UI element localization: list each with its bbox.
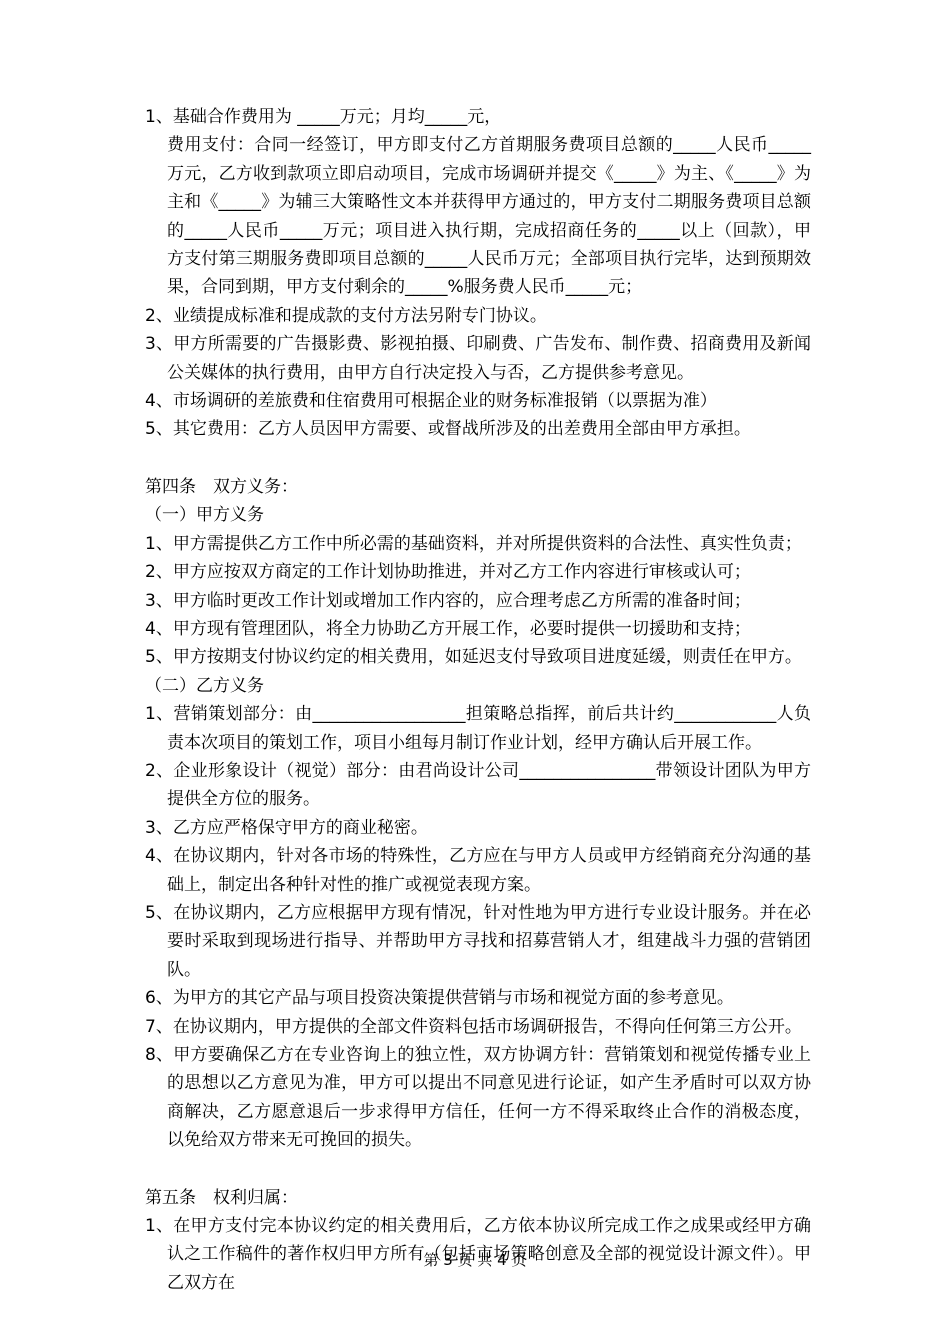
clause4-partyB-item-1: 1、营销策划部分：由__________________担策略总指挥，前后共计约… bbox=[145, 700, 811, 757]
clause4-partyA-item-4: 4、甲方现有管理团队，将全力协助乙方开展工作，必要时提供一切援助和支持； bbox=[145, 615, 811, 643]
document-content: 1、基础合作费用为 _____万元；月均_____元， 费用支付：合同一经签订，… bbox=[145, 103, 811, 1297]
document-page: 1、基础合作费用为 _____万元；月均_____元， 费用支付：合同一经签订，… bbox=[0, 0, 950, 1344]
clause4-partyB-item-7: 7、在协议期内，甲方提供的全部文件资料包括市场调研报告，不得向任何第三方公开。 bbox=[145, 1013, 811, 1041]
clause4-partyB-item-4: 4、在协议期内，针对各市场的特殊性，乙方应在与甲方人员或甲方经销商充分沟通的基础… bbox=[145, 842, 811, 899]
clause4-partyB-item-8: 8、甲方要确保乙方在专业咨询上的独立性，双方协调方针：营销策划和视觉传播专业上的… bbox=[145, 1041, 811, 1155]
clause4-partyB-item-3: 3、乙方应严格保守甲方的商业秘密。 bbox=[145, 814, 811, 842]
clause4-partyA-label: （一）甲方义务 bbox=[145, 501, 811, 529]
clause4-partyA-item-2: 2、甲方应按双方商定的工作计划协助推进，并对乙方工作内容进行审核或认可； bbox=[145, 558, 811, 586]
clause4-partyB-item-5: 5、在协议期内，乙方应根据甲方现有情况，针对性地为甲方进行专业设计服务。并在必要… bbox=[145, 899, 811, 984]
clause4-partyA-item-3: 3、甲方临时更改工作计划或增加工作内容的，应合理考虑乙方所需的准备时间； bbox=[145, 587, 811, 615]
clause5-heading: 第五条 权利归属： bbox=[145, 1184, 811, 1212]
clause4-partyA-item-1: 1、甲方需提供乙方工作中所必需的基础资料，并对所提供资料的合法性、真实性负责； bbox=[145, 530, 811, 558]
clause4-partyB-label: （二）乙方义务 bbox=[145, 672, 811, 700]
clause4-partyB-item-6: 6、为甲方的其它产品与项目投资决策提供营销与市场和视觉方面的参考意见。 bbox=[145, 984, 811, 1012]
fee-item-2: 2、业绩提成标准和提成款的支付方法另附专门协议。 bbox=[145, 302, 811, 330]
clause4-partyA-item-5: 5、甲方按期支付协议约定的相关费用，如延迟支付导致项目进度延缓，则责任在甲方。 bbox=[145, 643, 811, 671]
fee-item-1: 1、基础合作费用为 _____万元；月均_____元， bbox=[145, 103, 811, 131]
clause4-partyB-item-2: 2、企业形象设计（视觉）部分：由君尚设计公司________________带领… bbox=[145, 757, 811, 814]
fee-item-5: 5、其它费用：乙方人员因甲方需要、或督战所涉及的出差费用全部由甲方承担。 bbox=[145, 415, 811, 443]
clause4-heading: 第四条 双方义务： bbox=[145, 473, 811, 501]
fee-item-1-payment-terms: 费用支付：合同一经签订，甲方即支付乙方首期服务费项目总额的_____人民币___… bbox=[145, 131, 811, 301]
page-number: 第 3 页 共 4 页 bbox=[0, 1250, 950, 1270]
fee-item-3: 3、甲方所需要的广告摄影费、影视拍摄、印刷费、广告发布、制作费、招商费用及新闻公… bbox=[145, 330, 811, 387]
fee-item-4: 4、市场调研的差旅费和住宿费用可根据企业的财务标准报销（以票据为准） bbox=[145, 387, 811, 415]
